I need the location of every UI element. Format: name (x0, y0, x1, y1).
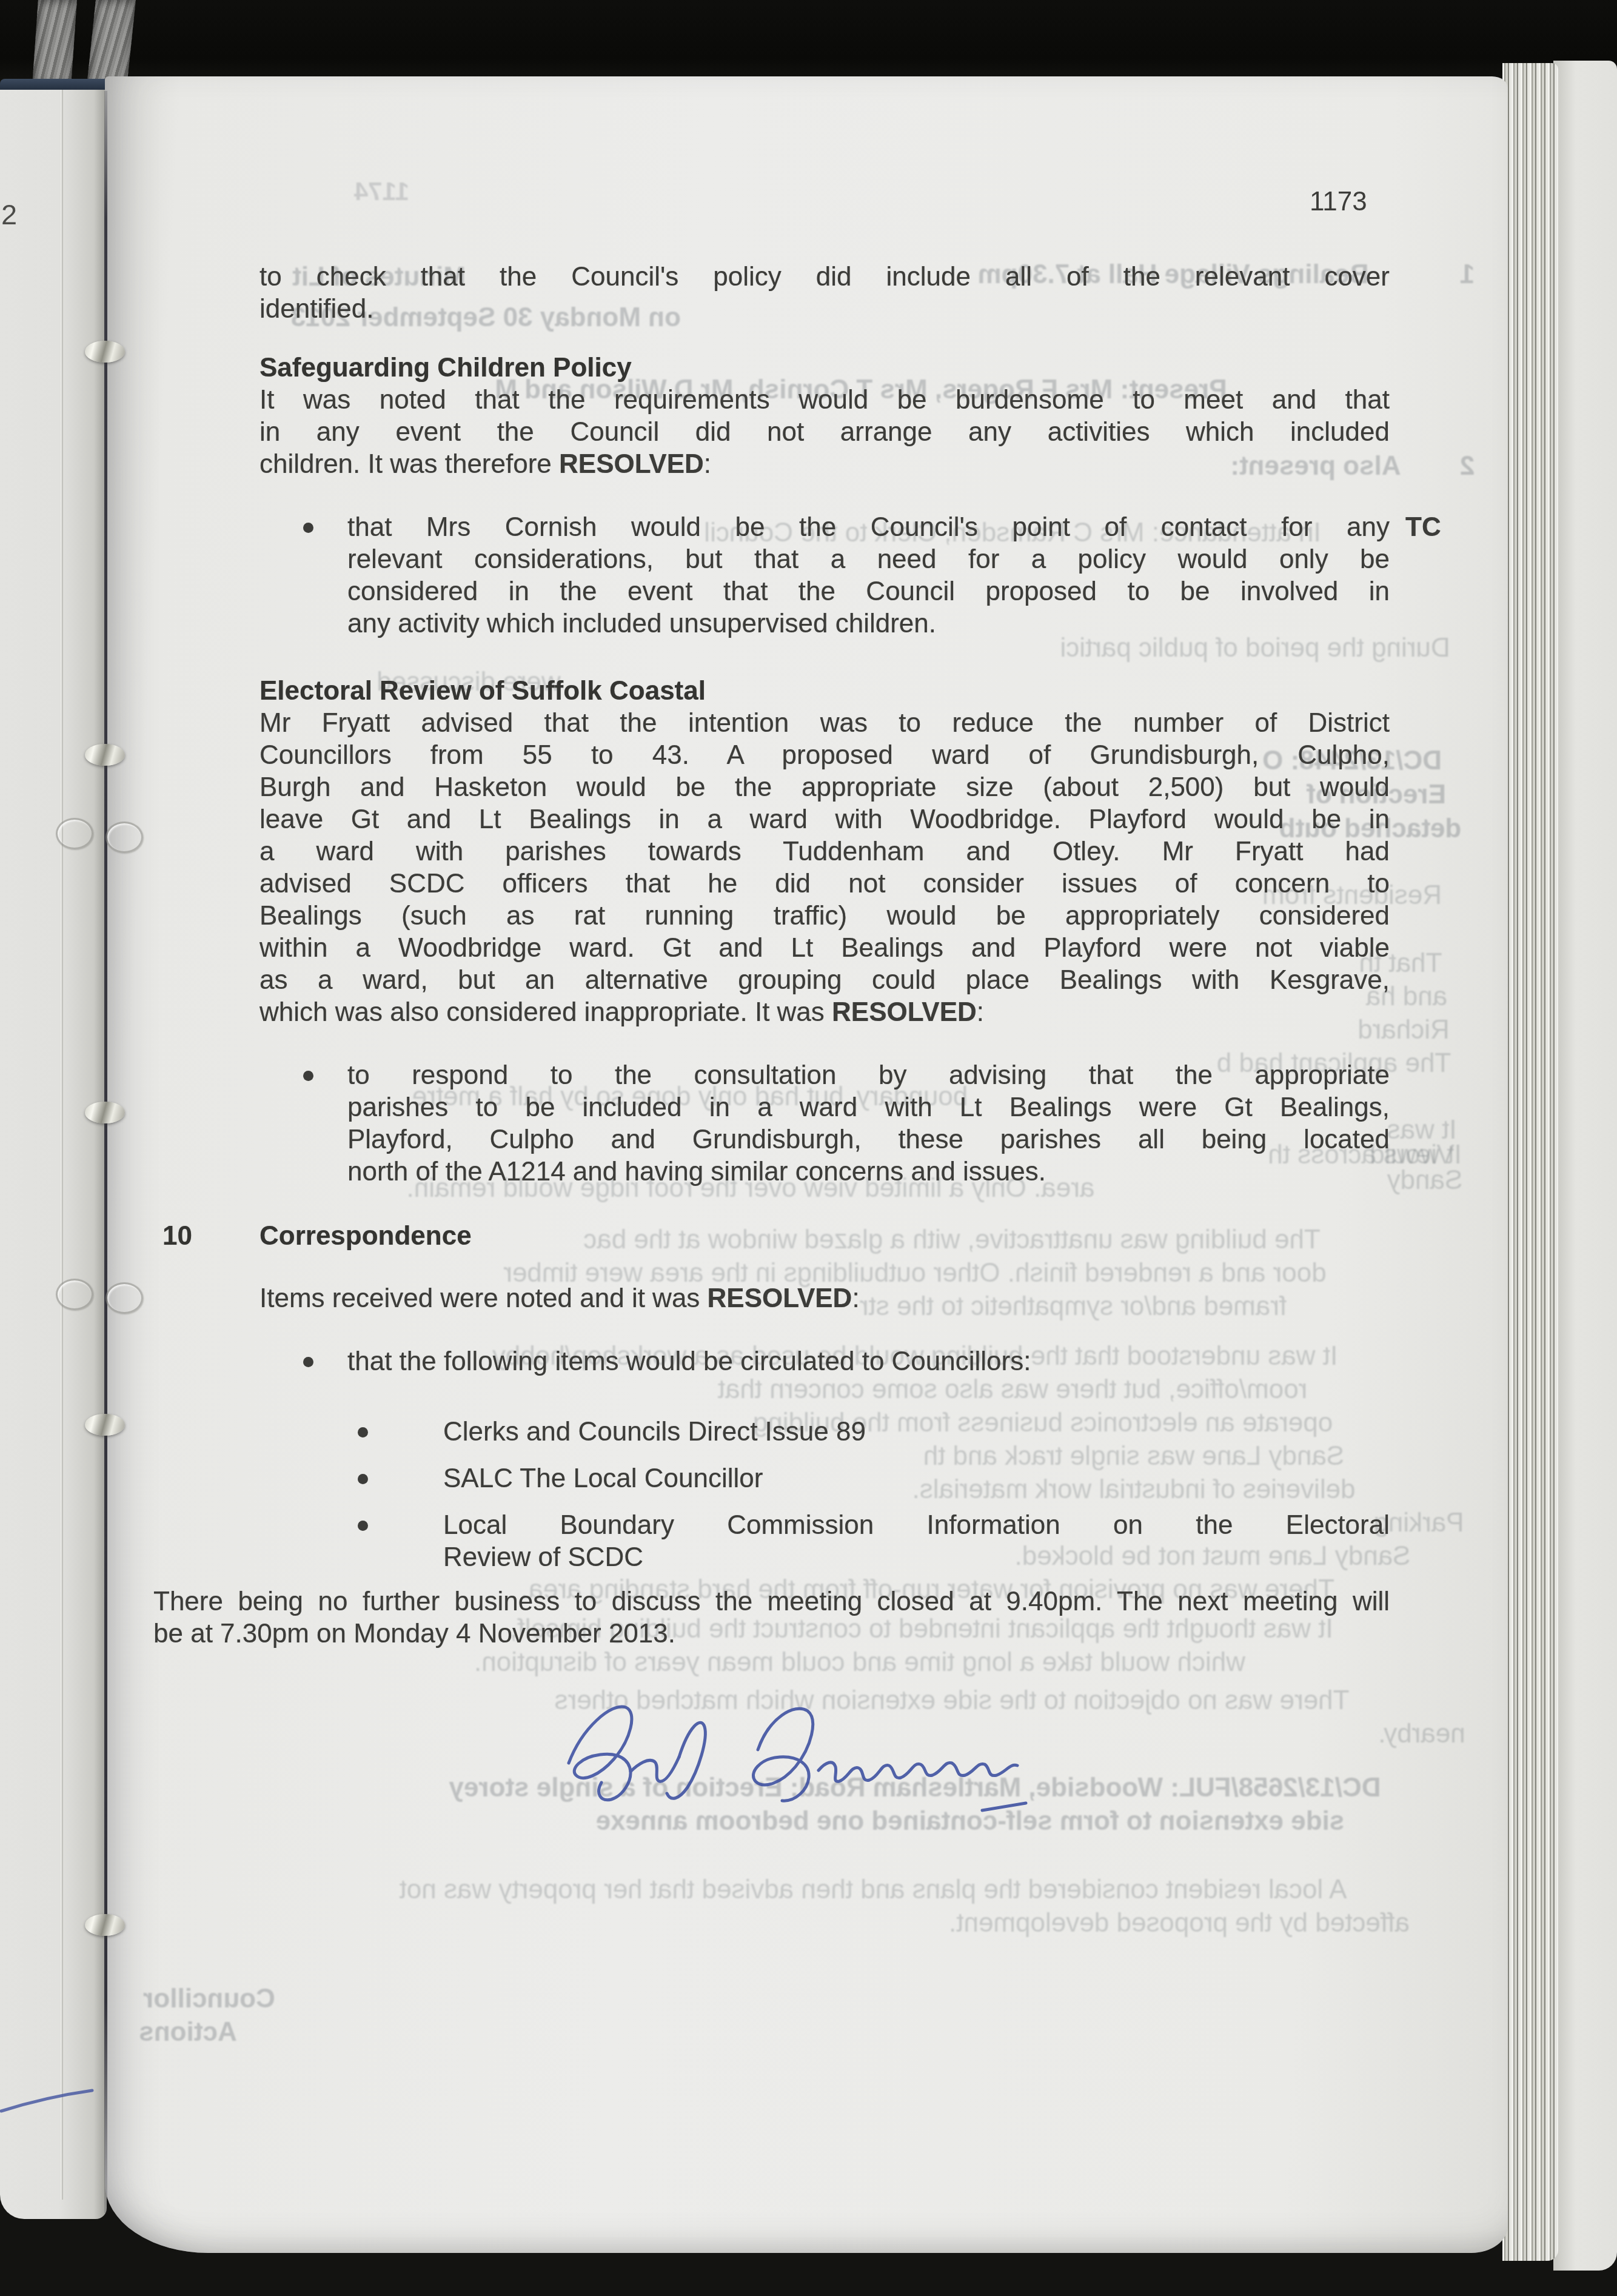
paragraph-line: to check that the Council's policy did i… (259, 261, 1390, 293)
bleedthrough-text: A local resident considered the plans an… (340, 1873, 1407, 1906)
paragraph-line: as a ward, but an alternative grouping c… (259, 964, 1390, 996)
sub-bullet-line: Review of SCDC (443, 1541, 1390, 1573)
section-heading: Safeguarding Children Policy (259, 352, 1390, 384)
binding-fastener (85, 341, 125, 363)
cover-strap (32, 0, 77, 86)
text-segment: children. It was therefore (259, 449, 559, 479)
binding-fastener (85, 744, 125, 766)
scanned-minutes-page: Minutes of LitBealings Village Hall at 7… (0, 0, 1617, 2296)
ghost-page-number: 1174 (324, 177, 409, 206)
bullet-dot (303, 1357, 313, 1367)
sub-bullet-line: SALC The Local Councillor (443, 1462, 1390, 1494)
bullet-line: north of the A1214 and having similar co… (347, 1156, 1390, 1188)
binding-gutter-line (104, 91, 107, 2213)
section-number: 10 (162, 1220, 235, 1252)
paragraph-line: in any event the Council did not arrange… (259, 416, 1390, 448)
section-heading: Correspondence (259, 1220, 1390, 1252)
bleedthrough-text: which would take a long time and could m… (350, 1646, 1369, 1678)
bullet-line: Playford, Culpho and Grundisburgh, these… (347, 1123, 1390, 1156)
embossed-ring-mark (56, 1279, 93, 1310)
resolved-keyword: RESOLVED (708, 1284, 852, 1313)
embossed-ring-mark (105, 822, 143, 853)
paragraph-line: advised SCDC officers that he did not co… (259, 868, 1390, 900)
section-heading: Electoral Review of Suffolk Coastal (259, 675, 1390, 707)
paragraph-line: leave Gt and Lt Bealings in a ward with … (259, 803, 1390, 835)
binding-fastener (85, 1914, 125, 1936)
page-edge-stack (1502, 63, 1558, 2261)
bullet-dot (303, 1071, 313, 1081)
paragraph-line: Councillors from 55 to 43. A proposed wa… (259, 739, 1390, 771)
bleedthrough-text: 1 (1452, 258, 1482, 290)
paragraph-line: Items received were noted and it was RES… (259, 1282, 1390, 1314)
book-cover-top (0, 0, 1617, 84)
paragraph-line: Burgh and Hasketon would be the appropri… (259, 771, 1390, 803)
paragraph-line: identified. (259, 293, 1390, 325)
left-page-edge-region (0, 90, 107, 2219)
bullet-line: that the following items would be circul… (347, 1345, 1390, 1377)
paragraph-line: Bealings (such as rat running traffic) w… (259, 900, 1390, 932)
bullet-line: relevant considerations, but that a need… (347, 543, 1390, 575)
closing-line: There being no further business to discu… (153, 1585, 1390, 1618)
resolved-keyword: RESOLVED (832, 997, 977, 1027)
sub-bullet-line: Clerks and Councils Direct Issue 89 (443, 1416, 1390, 1448)
bullet-line: that Mrs Cornish would be the Council's … (347, 511, 1390, 543)
bleedthrough-text: nearby. (1364, 1718, 1479, 1750)
sub-bullet-line: Local Boundary Commission Information on… (443, 1509, 1390, 1541)
bleedthrough-text: Councillor (124, 1983, 294, 2015)
bleedthrough-text: affected by the proposed development. (879, 1907, 1479, 1939)
pen-stroke (0, 2080, 97, 2122)
paragraph-line: which was also considered inappropriate.… (259, 996, 1390, 1028)
text-segment: Items received were noted and it was (259, 1284, 708, 1313)
bullet-line: parishes to be included in a ward with L… (347, 1091, 1390, 1123)
paragraph-line: children. It was therefore RESOLVED: (259, 448, 1390, 480)
bleedthrough-text: room/office, but there was also some con… (546, 1373, 1479, 1405)
bullet-dot (303, 523, 313, 533)
left-page-edge-line (61, 90, 63, 2200)
text-segment: : (977, 997, 984, 1027)
sub-bullet-dot (358, 1427, 368, 1438)
sub-bullet-dot (358, 1521, 368, 1531)
sub-bullet-dot (358, 1474, 368, 1484)
resolved-keyword: RESOLVED (559, 449, 704, 479)
bullet-line: any activity which included unsupervised… (347, 607, 1390, 640)
paragraph-line: Mr Fryatt advised that the intention was… (259, 707, 1390, 739)
signature (558, 1692, 1055, 1837)
bleedthrough-text: 2 (1452, 450, 1482, 482)
embossed-ring-mark (105, 1282, 143, 1314)
binding-fastener (85, 1414, 125, 1436)
embossed-ring-mark (56, 818, 93, 849)
bullet-line: considered in the event that the Council… (347, 575, 1390, 607)
bullet-line: to respond to the consultation by advisi… (347, 1059, 1390, 1091)
bleedthrough-text: Actions (124, 2016, 252, 2048)
closing-line: be at 7.30pm on Monday 4 November 2013. (153, 1618, 1390, 1650)
paragraph-line: a ward with parishes towards Tuddenham a… (259, 835, 1390, 868)
text-segment: which was also considered inappropriate.… (259, 997, 832, 1027)
text-segment: : (852, 1284, 859, 1313)
paragraph-line: It was noted that the requirements would… (259, 384, 1390, 416)
paragraph-line: within a Woodbridge ward. Gt and Lt Beal… (259, 932, 1390, 964)
left-page-number-fragment: 2 (1, 198, 17, 231)
page-number: 1173 (1310, 187, 1367, 217)
text-segment: : (704, 449, 711, 479)
margin-initials: TC (1405, 511, 1478, 543)
facing-page-stack (1553, 61, 1617, 2271)
binding-fastener (85, 1102, 125, 1123)
